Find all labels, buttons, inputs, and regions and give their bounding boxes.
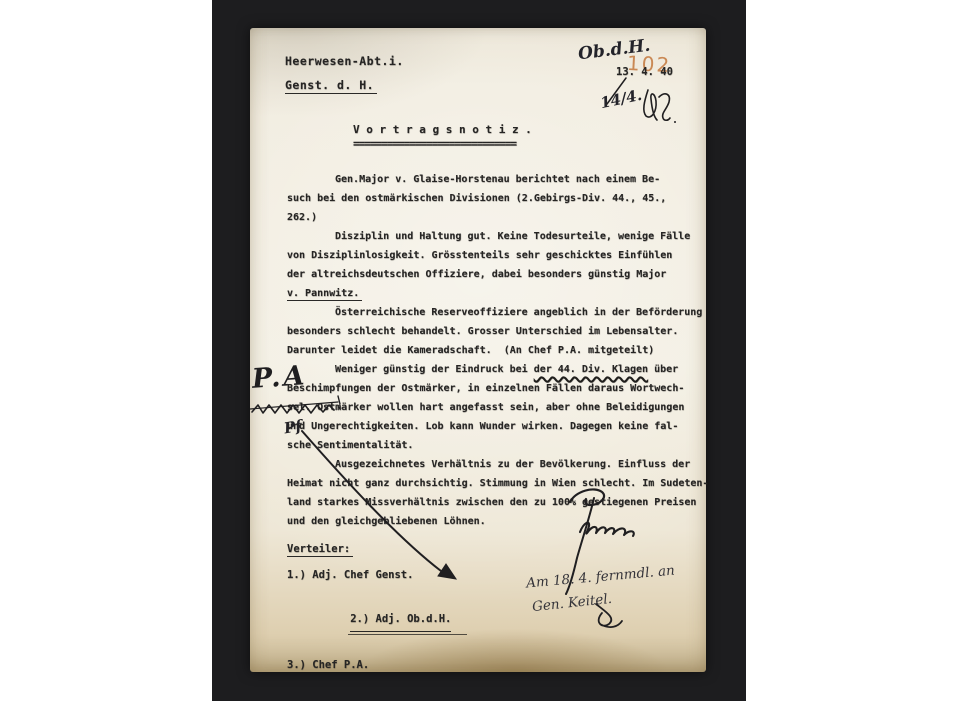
handwritten-note-line1: Am 18. 4. fernmdl. an bbox=[526, 563, 676, 592]
unit-line-2-text: Genst. d. H. bbox=[285, 78, 377, 94]
doc-line: Beschimpfungen der Ostmärker, in einzeln… bbox=[287, 379, 727, 398]
doc-line: besonders schlecht behandelt. Grosser Un… bbox=[287, 322, 727, 341]
doc-line: und Ungerechtigkeiten. Lob kann Wunder w… bbox=[287, 417, 727, 436]
hand-underlined-phrase: der 44. Div. Klagen bbox=[534, 364, 648, 375]
doc-line: v. Pannwitz. bbox=[287, 284, 727, 303]
distribution-item-underlined: 2.) Adj. Ob.d.H. bbox=[350, 608, 451, 632]
distribution-heading: Verteiler: bbox=[287, 542, 451, 557]
title-underline: ============================= bbox=[353, 137, 532, 150]
typed-date: 13. 4. 40 bbox=[616, 66, 673, 78]
handwritten-note-line2: Gen. Keitel. bbox=[531, 591, 612, 615]
scan-canvas: Heerwesen-Abt.i. Genst. d. H. Ob.d.H. 10… bbox=[0, 0, 957, 701]
unit-line-1: Heerwesen-Abt.i. bbox=[285, 54, 404, 68]
doc-line: Gen.Major v. Glaise-Horstenau berichtet … bbox=[287, 170, 727, 189]
margin-annotation-pa: P.A bbox=[251, 360, 308, 395]
title-block: V o r t r a g s n o t i z . ============… bbox=[353, 123, 532, 150]
doc-line: Ausgezeichnetes Verhältnis zu der Bevölk… bbox=[287, 455, 727, 474]
margin-initials: Pf bbox=[283, 417, 304, 438]
doc-line: Österreichische Reserveoffiziere angebli… bbox=[287, 303, 727, 322]
line-post: über bbox=[648, 364, 678, 375]
doc-line: Darunter leidet die Kameradschaft. (An C… bbox=[287, 341, 727, 360]
document-page: Heerwesen-Abt.i. Genst. d. H. Ob.d.H. 10… bbox=[250, 28, 706, 672]
unit-line-2: Genst. d. H. bbox=[285, 78, 377, 92]
handwritten-date: 14/4. bbox=[599, 86, 644, 112]
distribution-heading-text: Verteiler: bbox=[287, 543, 353, 557]
distribution-item: 3.) Chef P.A. bbox=[287, 654, 451, 676]
underlined-name: v. Pannwitz. bbox=[287, 288, 362, 301]
doc-line: von Disziplinlosigkeit. Grösstenteils se… bbox=[287, 246, 727, 265]
distribution-list: Verteiler: 1.) Adj. Chef Genst. 2.) Adj.… bbox=[287, 542, 451, 676]
line-pre: Weniger günstig der Eindruck bei bbox=[335, 364, 534, 375]
doc-line: Weniger günstig der Eindruck bei der 44.… bbox=[287, 360, 727, 379]
doc-line: land starkes Missverhältnis zwischen den… bbox=[287, 493, 727, 512]
doc-line: sche Sentimentalität. bbox=[287, 436, 727, 455]
doc-line: der altreichsdeutschen Offiziere, dabei … bbox=[287, 265, 727, 284]
doc-line: und den gleichgebliebenen Löhnen. bbox=[287, 512, 727, 531]
doc-line: such bei den ostmärkischen Divisionen (2… bbox=[287, 189, 727, 208]
doc-line: Heimat nicht ganz durchsichtig. Stimmung… bbox=[287, 474, 727, 493]
doc-line: Disziplin und Haltung gut. Keine Todesur… bbox=[287, 227, 727, 246]
doc-title: V o r t r a g s n o t i z . bbox=[353, 123, 532, 136]
doc-line: 262.) bbox=[287, 208, 727, 227]
doc-line: sel. Ostmärker wollen hart angefasst sei… bbox=[287, 398, 727, 417]
distribution-item: 1.) Adj. Chef Genst. bbox=[287, 564, 451, 586]
black-backdrop: Heerwesen-Abt.i. Genst. d. H. Ob.d.H. 10… bbox=[212, 0, 746, 701]
initials-paraph-icon bbox=[644, 90, 670, 120]
distribution-item: 2.) Adj. Ob.d.H. bbox=[287, 586, 451, 654]
document-body: Gen.Major v. Glaise-Horstenau berichtet … bbox=[287, 170, 727, 531]
